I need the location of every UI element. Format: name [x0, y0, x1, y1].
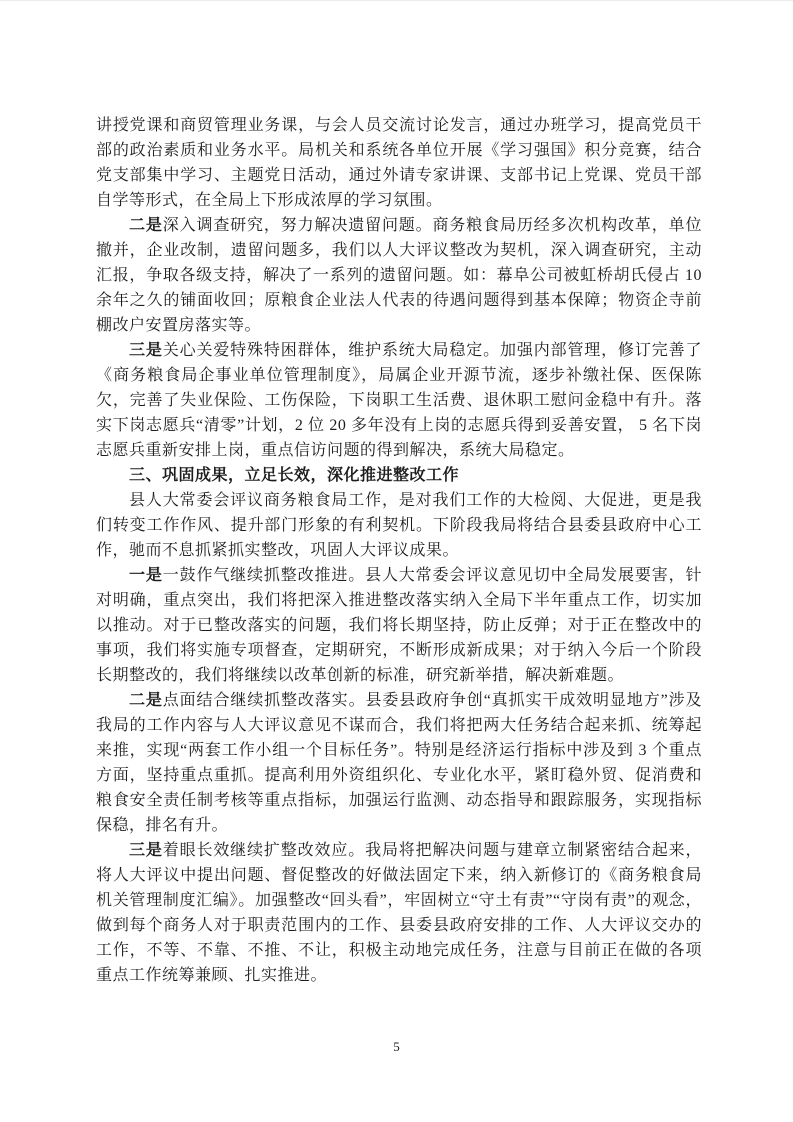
paragraph: 三是着眼长效继续扩整改效应。我局将把解决问题与建章立制紧密结合起来，将人大评议中…	[96, 838, 702, 988]
page-footer: 5	[0, 1039, 793, 1055]
paragraph-text: 深入调查研究，努力解决遗留问题。商务粮食局历经多次机构改革，单位撤并，企业改制，…	[96, 217, 702, 334]
paragraph-lead: 二是	[129, 217, 163, 234]
paragraph: 三是关心关爱特殊特困群体，维护系统大局稳定。加强内部管理，修订完善了《商务粮食局…	[96, 338, 702, 463]
paragraph-lead: 二是	[129, 692, 163, 709]
page-number: 5	[393, 1039, 400, 1054]
paragraph-text: 讲授党课和商贸管理业务课，与会人员交流讨论发言，通过办班学习，提高党员干部的政治…	[96, 117, 702, 209]
paragraph-text: 县人大常委会评议商务粮食局工作，是对我们工作的大检阅、大促进，更是我们转变工作作…	[96, 492, 702, 559]
paragraph: 二是深入调查研究，努力解决遗留问题。商务粮食局历经多次机构改革，单位撤并，企业改…	[96, 213, 702, 338]
document-page: 讲授党课和商贸管理业务课，与会人员交流讨论发言，通过办班学习，提高党员干部的政治…	[0, 0, 793, 1122]
paragraph: 一是一鼓作气继续抓整改推进。县人大常委会评议意见切中全局发展要害，针对明确，重点…	[96, 563, 702, 688]
paragraph-lead: 三是	[129, 842, 163, 859]
section-heading: 三、巩固成果，立足长效，深化推进整改工作	[96, 463, 702, 488]
paragraph-text: 着眼长效继续扩整改效应。我局将把解决问题与建章立制紧密结合起来，将人大评议中提出…	[96, 842, 702, 984]
paragraph-lead: 一是	[129, 567, 163, 584]
paragraph-text: 关心关爱特殊特困群体，维护系统大局稳定。加强内部管理，修订完善了《商务粮食局企事…	[96, 342, 702, 459]
page-body: 讲授党课和商贸管理业务课，与会人员交流讨论发言，通过办班学习，提高党员干部的政治…	[96, 113, 702, 988]
paragraph-lead: 三是	[129, 342, 163, 359]
paragraph-text: 一鼓作气继续抓整改推进。县人大常委会评议意见切中全局发展要害，针对明确，重点突出…	[96, 567, 702, 684]
paragraph: 二是点面结合继续抓整改落实。县委县政府争创“真抓实干成效明显地方”涉及我局的工作…	[96, 688, 702, 838]
paragraph-continuation: 讲授党课和商贸管理业务课，与会人员交流讨论发言，通过办班学习，提高党员干部的政治…	[96, 113, 702, 213]
paragraph: 县人大常委会评议商务粮食局工作，是对我们工作的大检阅、大促进，更是我们转变工作作…	[96, 488, 702, 563]
paragraph-text: 点面结合继续抓整改落实。县委县政府争创“真抓实干成效明显地方”涉及我局的工作内容…	[96, 692, 702, 834]
